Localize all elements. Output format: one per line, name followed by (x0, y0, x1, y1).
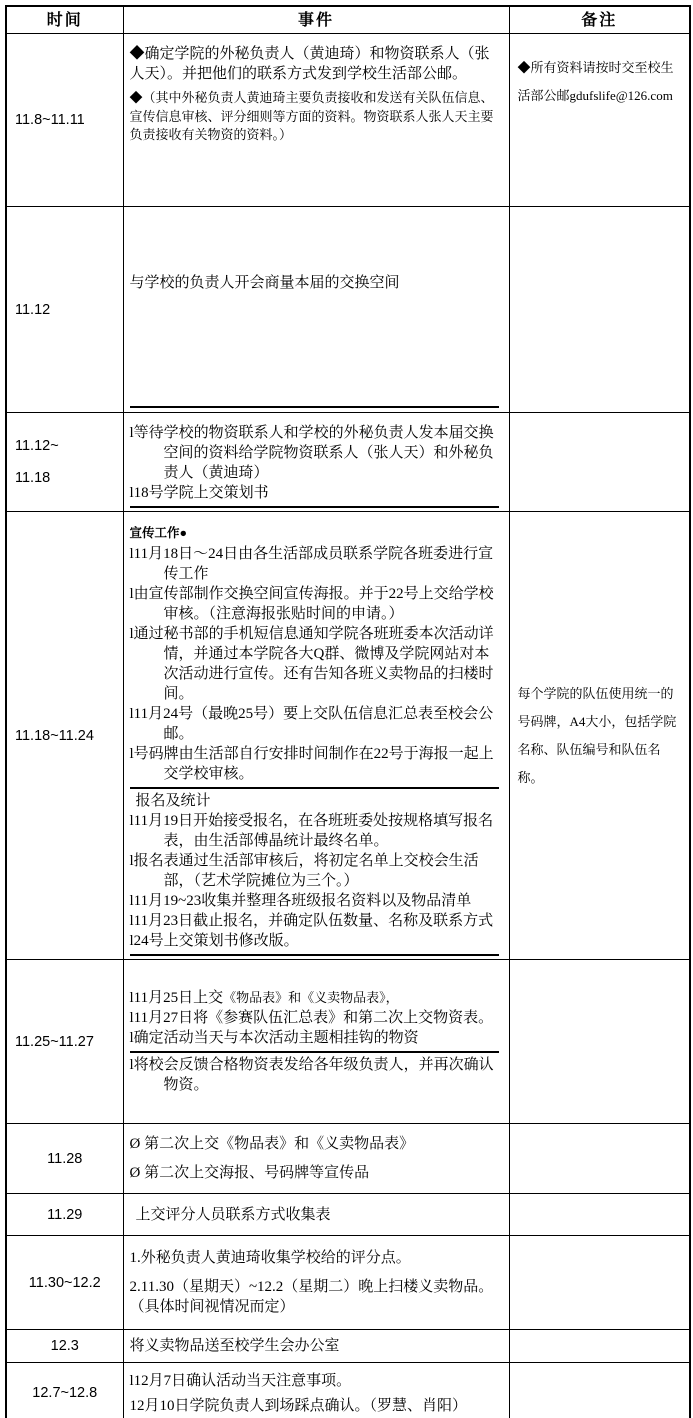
time-cell: 11.12 (6, 207, 123, 413)
event-cell: 1.外秘负责人黄迪琦收集学校给的评分点。2.11.30（星期天）~12.2（星期… (123, 1236, 509, 1330)
time-cell: 11.29 (6, 1194, 123, 1236)
event-cell: l等待学校的物资联系人和学校的外秘负责人发本届交换空间的资料给学院物资联系人（张… (123, 413, 509, 512)
event-paragraph: 上交评分人员联系方式收集表 (130, 1205, 499, 1225)
time-label: 11.18~11.24 (15, 720, 121, 752)
event-paragraph: 报名及统计 (130, 791, 499, 811)
event-cell-content: 上交评分人员联系方式收集表 (124, 1194, 509, 1235)
event-cell: 将义卖物品送至校学生会办公室 (123, 1330, 509, 1363)
header-time: 时间 (6, 6, 123, 34)
schedule-table: 时间 事件 备注 11.8~11.11◆确定学院的外秘负责人（黄迪琦）和物资联系… (5, 5, 691, 1418)
event-paragraph: 12月10日学院负责人到场踩点确认。（罗慧、肖阳） (130, 1396, 499, 1416)
event-paragraph: l报名表通过生活部审核后，将初定名单上交校会生活部，（艺术学院摊位为三个。） (130, 851, 499, 891)
time-label: 11.29 (9, 1199, 121, 1231)
document-page: 时间 事件 备注 11.8~11.11◆确定学院的外秘负责人（黄迪琦）和物资联系… (0, 0, 693, 1418)
time-label: 12.3 (9, 1330, 121, 1362)
note-cell-content (510, 1330, 690, 1362)
note-cell-content (510, 960, 690, 1123)
event-paragraph: l24号上交策划书修改版。 (130, 931, 499, 951)
event-paragraph: l11月18日～24日由各生活部成员联系学院各班委进行宣传工作 (130, 544, 499, 584)
note-cell-content (510, 1236, 690, 1329)
table-row: 12.7~12.8l12月7日确认活动当天注意事项。12月10日学院负责人到场踩… (6, 1363, 690, 1418)
event-paragraph: l18号学院上交策划书 (130, 483, 499, 503)
event-paragraph: ◆确定学院的外秘负责人（黄迪琦）和物资联系人（张人天）。并把他们的联系方式发到学… (130, 44, 499, 84)
event-cell-content: 与学校的负责人开会商量本届的交换空间 (124, 207, 509, 412)
time-cell: 11.12~11.18 (6, 413, 123, 512)
event-cell: l12月7日确认活动当天注意事项。12月10日学院负责人到场踩点确认。（罗慧、肖… (123, 1363, 509, 1418)
event-paragraph: l11月19日开始接受报名，在各班班委处按规格填写报名表，由生活部傅晶统计最终名… (130, 811, 499, 851)
event-paragraph: l等待学校的物资联系人和学校的外秘负责人发本届交换空间的资料给学院物资联系人（张… (130, 423, 499, 483)
note-cell (509, 1124, 690, 1194)
time-cell-content: 11.8~11.11 (7, 34, 123, 206)
note-cell (509, 413, 690, 512)
event-paragraph: l将校会反馈合格物资表发给各年级负责人，并再次确认物资。 (130, 1055, 499, 1095)
event-cell-content: Ø 第二次上交《物品表》和《义卖物品表》Ø 第二次上交海报、号码牌等宣传品 (124, 1124, 509, 1193)
event-paragraph: 将义卖物品送至校学生会办公室 (130, 1336, 499, 1356)
table-row: 11.29上交评分人员联系方式收集表 (6, 1194, 690, 1236)
note-cell-content: 每个学院的队伍使用统一的号码牌，A4大小，包括学院名称、队伍编号和队伍名称。 (510, 512, 690, 959)
note-cell (509, 1236, 690, 1330)
time-label: 11.28 (9, 1143, 121, 1175)
event-paragraph: 2.11.30（星期天）~12.2（星期二）晚上扫楼义卖物品。 (130, 1277, 499, 1297)
event-paragraph: l11月25日上交《物品表》和《义卖物品表》， (130, 988, 499, 1008)
note-cell-content: ◆所有资料请按时交至校生活部公邮gdufslife@126.com (510, 34, 690, 206)
table-row: 11.8~11.11◆确定学院的外秘负责人（黄迪琦）和物资联系人（张人天）。并把… (6, 34, 690, 207)
time-cell-content: 11.28 (7, 1124, 123, 1193)
event-cell-content: l11月25日上交《物品表》和《义卖物品表》，l11月27日将《参赛队伍汇总表》… (124, 960, 509, 1123)
time-cell: 11.18~11.24 (6, 512, 123, 960)
time-cell-content: 11.25~11.27 (7, 960, 123, 1123)
time-label: 11.12~ (15, 430, 121, 462)
event-paragraph: Ø 第二次上交海报、号码牌等宣传品 (130, 1163, 499, 1183)
event-paragraph: l11月24号（最晚25号）要上交队伍信息汇总表至校会公邮。 (130, 704, 499, 744)
note-cell (509, 1363, 690, 1418)
time-label: 11.12 (15, 294, 121, 326)
note-cell (509, 207, 690, 413)
event-cell-content: ◆确定学院的外秘负责人（黄迪琦）和物资联系人（张人天）。并把他们的联系方式发到学… (124, 34, 509, 206)
time-cell: 11.28 (6, 1124, 123, 1194)
divider-rule (130, 506, 499, 508)
event-paragraph: l通过秘书部的手机短信息通知学院各班班委本次活动详情，并通过本学院各大Q群、微博… (130, 624, 499, 704)
note-paragraph: 每个学院的队伍使用统一的号码牌，A4大小，包括学院名称、队伍编号和队伍名称。 (518, 680, 685, 792)
event-paragraph: 宣传工作● (130, 522, 499, 544)
header-note: 备注 (509, 6, 690, 34)
note-cell (509, 960, 690, 1124)
event-paragraph: l12月7日确认活动当天注意事项。 (130, 1371, 499, 1391)
note-cell: 每个学院的队伍使用统一的号码牌，A4大小，包括学院名称、队伍编号和队伍名称。 (509, 512, 690, 960)
time-cell: 12.7~12.8 (6, 1363, 123, 1418)
time-cell-content: 12.7~12.8 (7, 1363, 123, 1418)
event-cell: 上交评分人员联系方式收集表 (123, 1194, 509, 1236)
time-cell-content: 12.3 (7, 1330, 123, 1362)
time-cell-content: 11.12~11.18 (7, 413, 123, 511)
event-paragraph: Ø 第二次上交《物品表》和《义卖物品表》 (130, 1134, 499, 1154)
time-cell: 11.30~12.2 (6, 1236, 123, 1330)
time-cell-content: 11.18~11.24 (7, 512, 123, 959)
table-row: 11.12与学校的负责人开会商量本届的交换空间 (6, 207, 690, 413)
event-paragraph: 1.外秘负责人黄迪琦收集学校给的评分点。 (130, 1248, 499, 1268)
table-row: 11.30~12.21.外秘负责人黄迪琦收集学校给的评分点。2.11.30（星期… (6, 1236, 690, 1330)
table-row: 11.18~11.24宣传工作●l11月18日～24日由各生活部成员联系学院各班… (6, 512, 690, 960)
event-paragraph: l由宣传部制作交换空间宣传海报。并于22号上交给学校审核。（注意海报张贴时间的申… (130, 584, 499, 624)
event-paragraph: 与学校的负责人开会商量本届的交换空间 (130, 273, 499, 293)
time-cell: 11.25~11.27 (6, 960, 123, 1124)
time-label: 11.30~12.2 (9, 1267, 121, 1299)
event-cell-content: l12月7日确认活动当天注意事项。12月10日学院负责人到场踩点确认。（罗慧、肖… (124, 1363, 509, 1418)
time-label: 11.8~11.11 (15, 104, 121, 136)
note-cell-content (510, 413, 690, 511)
event-cell-content: 1.外秘负责人黄迪琦收集学校给的评分点。2.11.30（星期天）~12.2（星期… (124, 1236, 509, 1329)
note-cell-content (510, 1363, 690, 1418)
event-cell-content: 宣传工作●l11月18日～24日由各生活部成员联系学院各班委进行宣传工作l由宣传… (124, 512, 509, 959)
event-paragraph: l11月23日截止报名，并确定队伍数量、名称及联系方式 (130, 911, 499, 931)
time-cell: 11.8~11.11 (6, 34, 123, 207)
time-label: 12.7~12.8 (9, 1377, 121, 1409)
event-cell-content: l等待学校的物资联系人和学校的外秘负责人发本届交换空间的资料给学院物资联系人（张… (124, 413, 509, 511)
divider-rule (130, 787, 499, 789)
note-cell (509, 1330, 690, 1363)
header-event: 事件 (123, 6, 509, 34)
divider-rule (130, 954, 499, 956)
divider-rule (130, 406, 499, 408)
event-cell: l11月25日上交《物品表》和《义卖物品表》，l11月27日将《参赛队伍汇总表》… (123, 960, 509, 1124)
note-cell-content (510, 207, 690, 412)
text-segment: l11月25日上交 (130, 990, 224, 1006)
event-paragraph: l号码牌由生活部自行安排时间制作在22号于海报一起上交学校审核。 (130, 744, 499, 784)
table-row: 11.25~11.27l11月25日上交《物品表》和《义卖物品表》，l11月27… (6, 960, 690, 1124)
event-paragraph: ◆（其中外秘负责人黄迪琦主要负责接收和发送有关队伍信息、宣传信息审核、评分细则等… (130, 89, 499, 145)
text-segment: 《物品表》和《义卖物品表》， (223, 990, 399, 1005)
event-cell: 与学校的负责人开会商量本届的交换空间 (123, 207, 509, 413)
time-cell: 12.3 (6, 1330, 123, 1363)
note-cell-content (510, 1194, 690, 1235)
table-row: 12.3将义卖物品送至校学生会办公室 (6, 1330, 690, 1363)
note-cell: ◆所有资料请按时交至校生活部公邮gdufslife@126.com (509, 34, 690, 207)
event-paragraph: （具体时间视情况而定） (130, 1297, 499, 1317)
table-row: 11.12~11.18l等待学校的物资联系人和学校的外秘负责人发本届交换空间的资… (6, 413, 690, 512)
note-paragraph: ◆所有资料请按时交至校生活部公邮gdufslife@126.com (518, 54, 685, 110)
time-label: 11.25~11.27 (15, 1026, 121, 1058)
event-cell-content: 将义卖物品送至校学生会办公室 (124, 1330, 509, 1362)
event-paragraph: l11月19~23收集并整理各班级报名资料以及物品清单 (130, 891, 499, 911)
time-cell-content: 11.29 (7, 1194, 123, 1235)
header-row: 时间 事件 备注 (6, 6, 690, 34)
time-label: 11.18 (15, 462, 121, 494)
event-cell: 宣传工作●l11月18日～24日由各生活部成员联系学院各班委进行宣传工作l由宣传… (123, 512, 509, 960)
table-row: 11.28Ø 第二次上交《物品表》和《义卖物品表》Ø 第二次上交海报、号码牌等宣… (6, 1124, 690, 1194)
event-cell: Ø 第二次上交《物品表》和《义卖物品表》Ø 第二次上交海报、号码牌等宣传品 (123, 1124, 509, 1194)
event-cell: ◆确定学院的外秘负责人（黄迪琦）和物资联系人（张人天）。并把他们的联系方式发到学… (123, 34, 509, 207)
event-paragraph: l11月27日将《参赛队伍汇总表》和第二次上交物资表。 (130, 1008, 499, 1028)
divider-rule (130, 1051, 499, 1053)
event-paragraph: l确定活动当天与本次活动主题相挂钩的物资 (130, 1028, 499, 1048)
note-cell (509, 1194, 690, 1236)
time-cell-content: 11.12 (7, 207, 123, 412)
note-cell-content (510, 1124, 690, 1193)
time-cell-content: 11.30~12.2 (7, 1236, 123, 1329)
